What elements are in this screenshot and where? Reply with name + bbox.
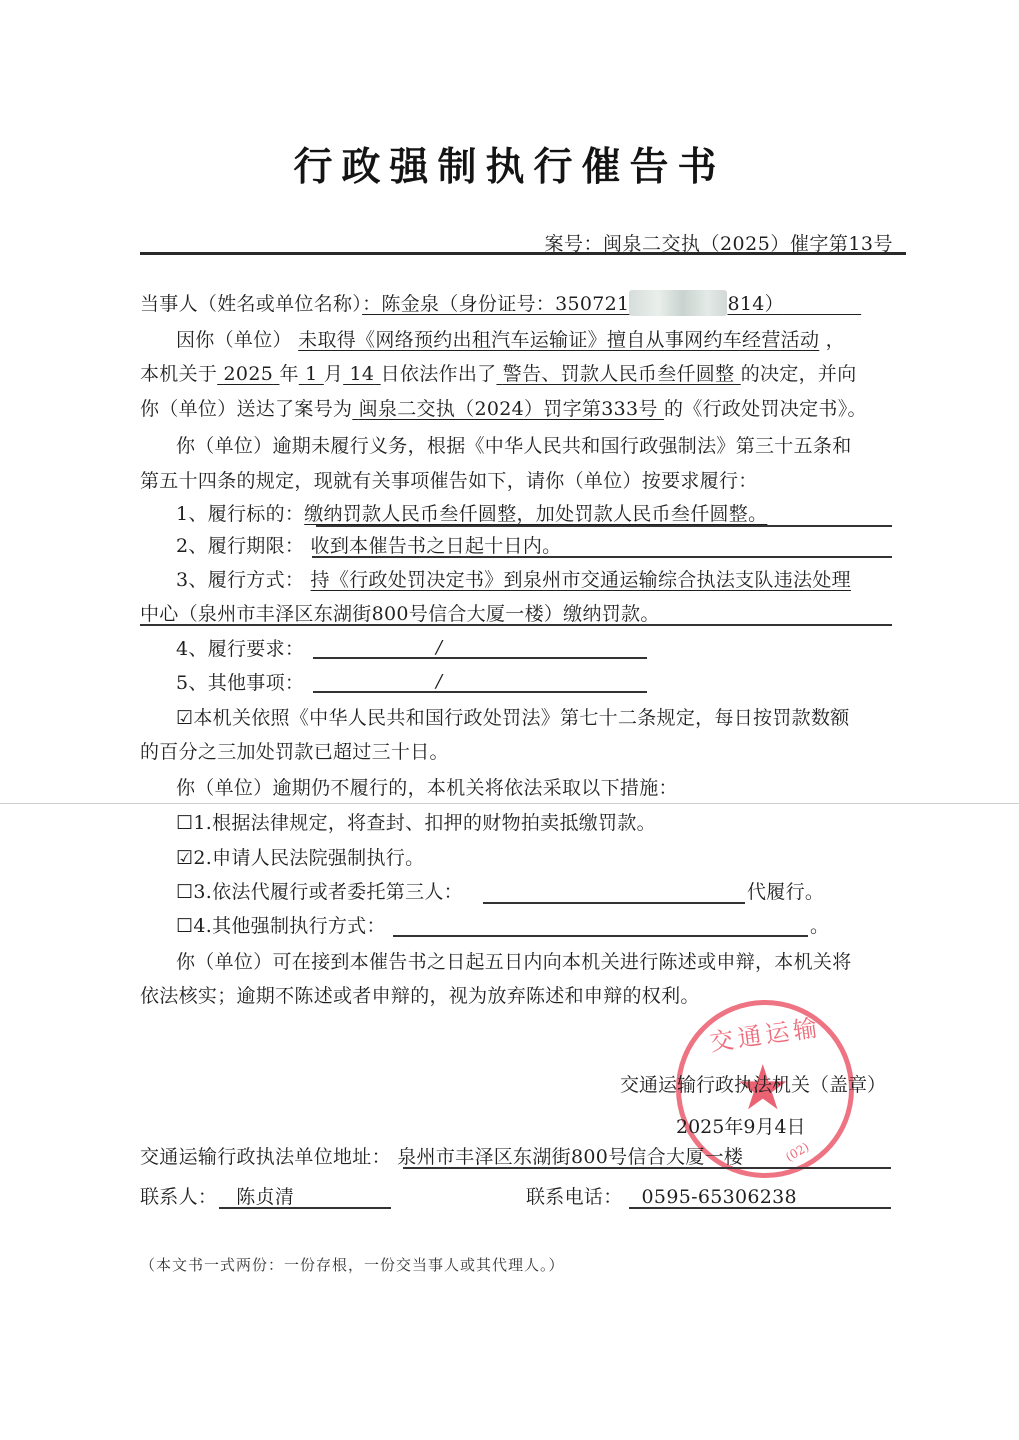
redacted-id-mask (629, 290, 727, 316)
item-method-line-2: 中心（泉州市丰泽区东湖街800号信合大厦一楼）缴纳罚款。 (140, 602, 660, 626)
item-subject-value: 缴纳罚款人民币叁仟圆整，加处罚款人民币叁仟圆整。 (304, 503, 767, 525)
signing-authority: 交通运输行政执法机关（盖章） (620, 1070, 886, 1097)
statement-line-1: 你（单位）可在接到本催告书之日起五日内向本机关进行陈述或申辩，本机关将 (176, 950, 852, 974)
phone-value: 0595-65306238 (642, 1186, 797, 1208)
item-method-underline (140, 624, 892, 626)
measure-4-suffix: 。 (810, 914, 829, 938)
seal-code: (02) (783, 1140, 811, 1164)
measure-3-suffix: 代履行。 (747, 880, 824, 904)
item-deadline-underline (312, 556, 892, 558)
measure-1-checkbox[interactable]: ☐ (176, 812, 193, 834)
item-requirement: 4、履行要求： (176, 637, 304, 661)
statement-line-2: 依法核实；逾期不陈述或者申辩的，视为放弃陈述和申辩的权利。 (140, 984, 700, 1008)
item-other: 5、其他事项： (176, 671, 304, 695)
party-line: 当事人（姓名或单位名称）：陈金泉（身份证号：350721814） (140, 290, 861, 316)
surcharge-checkbox[interactable]: ☑ (176, 707, 193, 729)
item-method-value: 持《行政处罚决定书》到泉州市交通运输综合执法支队违法处理 (311, 569, 851, 591)
measure-1: ☐1.根据法律规定，将查封、扣押的财物拍卖抵缴罚款。 (176, 811, 656, 835)
decision-year: 2025 (217, 363, 279, 385)
party-label: 当事人（姓名或单位名称） (140, 293, 362, 315)
address-label: 交通运输行政执法单位地址： (140, 1146, 391, 1168)
measures-intro: 你（单位）逾期仍不履行的，本机关将依法采取以下措施： (176, 776, 678, 800)
legal-basis-line-1: 你（单位）逾期未履行义务，根据《中华人民共和国行政强制法》第三十五条和 (176, 434, 852, 458)
legal-basis-line-2: 第五十四条的规定，现就有关事项催告如下，请你（单位）按要求履行： (140, 469, 758, 493)
decision-line: 本机关于 2025 年 1 月 14 日依法作出了 警告、罚款人民币叁仟圆整 的… (140, 362, 857, 386)
measure-3-checkbox[interactable]: ☐ (176, 881, 193, 903)
item-subject-underline (316, 525, 892, 527)
item-deadline-value: 收到本催告书之日起十日内。 (311, 535, 562, 557)
phone-underline (629, 1207, 891, 1209)
measure-4-blank[interactable] (393, 935, 808, 937)
seal-text: 交通运输 (679, 1003, 850, 1061)
contact-label: 联系人： (140, 1186, 217, 1208)
penalty-case-number: 闽泉二交执（2024）罚字第333号 (352, 398, 664, 420)
measure-3: ☐3.依法代履行或者委托第三人： (176, 880, 463, 904)
contact-underline (219, 1207, 391, 1209)
item-requirement-value: / (436, 637, 442, 658)
item-deadline: 2、履行期限： 收到本催告书之日起十日内。 (176, 534, 561, 558)
contact-phone-line: 联系电话： 0595-65306238 (526, 1185, 797, 1209)
decision-month: 1 (299, 363, 324, 385)
document-title: 行政强制执行催告书 (0, 136, 1019, 192)
violation-text: 未取得《网络预约出租汽车运输证》擅自从事网约车经营活动 (298, 329, 819, 351)
measure-2-checkbox[interactable]: ☑ (176, 847, 193, 869)
item-requirement-underline (313, 657, 647, 659)
item-method: 3、履行方式： 持《行政处罚决定书》到泉州市交通运输综合执法支队违法处理 (176, 568, 851, 592)
surcharge-line-1: ☑本机关依照《中华人民共和国行政处罚法》第七十二条规定，每日按罚款数额 (176, 706, 850, 730)
header-rule (140, 252, 906, 255)
enforcement-notice-page: 行政强制执行催告书 案号：闽泉二交执（2025）催字第13号 当事人（姓名或单位… (0, 0, 1019, 1440)
violation-line: 因你（单位） 未取得《网络预约出租汽车运输证》擅自从事网约车经营活动 ， (176, 328, 845, 352)
measure-4: ☐4.其他强制执行方式： (176, 914, 386, 938)
decision-day: 14 (343, 363, 380, 385)
item-other-underline (313, 691, 647, 693)
item-other-value: / (436, 671, 442, 692)
address-value: 泉州市丰泽区东湖街800号信合大厦一楼 (397, 1146, 743, 1168)
item-subject: 1、履行标的：缴纳罚款人民币叁仟圆整，加处罚款人民币叁仟圆整。 (176, 502, 767, 526)
copies-footnote: （本文书一式两份：一份存根，一份交当事人或其代理人。） (140, 1254, 565, 1275)
measure-4-checkbox[interactable]: ☐ (176, 915, 193, 937)
party-name: ：陈金泉（身份证号：350721814） (362, 293, 861, 315)
penalty-case-line: 你（单位）送达了案号为 闽泉二交执（2024）罚字第333号 的《行政处罚决定书… (140, 397, 867, 421)
address-underline (403, 1167, 891, 1169)
phone-label: 联系电话： (526, 1186, 623, 1208)
contact-person-line: 联系人： 陈贞清 (140, 1185, 294, 1209)
measure-2: ☑2.申请人民法院强制执行。 (176, 846, 424, 870)
scan-fold-line (0, 803, 1019, 804)
signing-date: 2025年9月4日 (676, 1112, 806, 1139)
measure-3-blank[interactable] (483, 902, 745, 904)
decision-content: 警告、罚款人民币叁仟圆整 (496, 363, 740, 385)
contact-name: 陈贞清 (236, 1186, 294, 1208)
surcharge-line-2: 的百分之三加处罚款已超过三十日。 (140, 740, 449, 764)
address-line: 交通运输行政执法单位地址： 泉州市丰泽区东湖街800号信合大厦一楼 (140, 1145, 743, 1169)
